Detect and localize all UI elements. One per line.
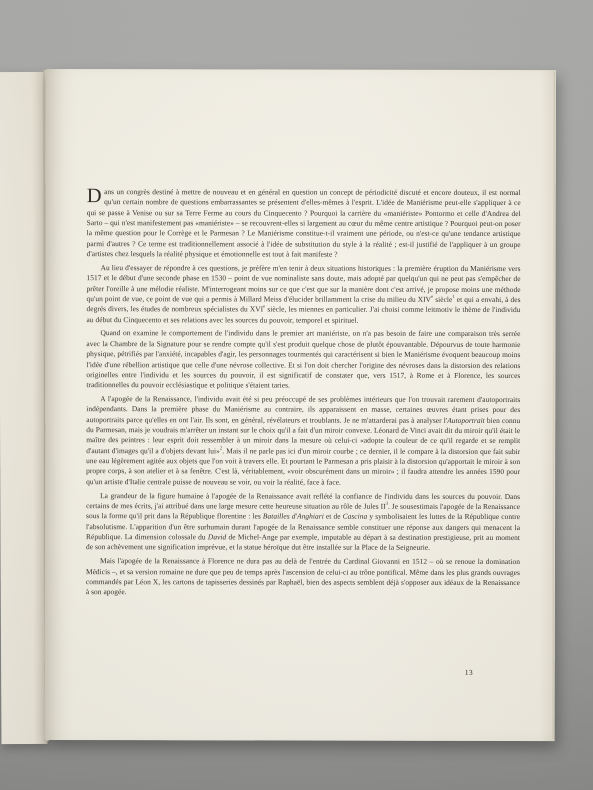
text-segment: Quand on examine le comportement de l'in… (86, 329, 520, 390)
paragraph: Mais l'apogée de la Renaissance à Floren… (86, 556, 520, 598)
page-number: 13 (465, 668, 489, 677)
text-segment: Mais l'apogée de la Renaissance à Floren… (86, 556, 520, 596)
left-page-edge (0, 72, 47, 744)
paragraph: A l'apogée de la Renaissance, l'individu… (86, 394, 520, 488)
text-segment: et de (324, 512, 343, 521)
text-segment: Batailles d'Anghiari (263, 512, 324, 521)
paragraph: La grandeur de la figure humaine à l'apo… (86, 491, 520, 554)
paragraph: Quand on examine le comportement de l'in… (86, 329, 520, 392)
text-segment: siècle (433, 295, 452, 304)
book-page: Dans un congrès destiné à mettre de nouv… (45, 69, 556, 741)
book-photo-background: Dans un congrès destiné à mettre de nouv… (0, 0, 593, 790)
paragraph: Au lieu d'essayer de répondre à ces ques… (86, 263, 520, 326)
text-block: Dans un congrès destiné à mettre de nouv… (86, 187, 521, 602)
text-segment: ans un congrès destiné à mettre de nouve… (87, 187, 521, 259)
drop-cap: D (87, 187, 104, 204)
text-segment: Autoportrait (447, 416, 485, 425)
text-segment: David (208, 532, 226, 541)
paragraph: Dans un congrès destiné à mettre de nouv… (87, 187, 521, 260)
text-segment: Cascina (343, 512, 368, 521)
